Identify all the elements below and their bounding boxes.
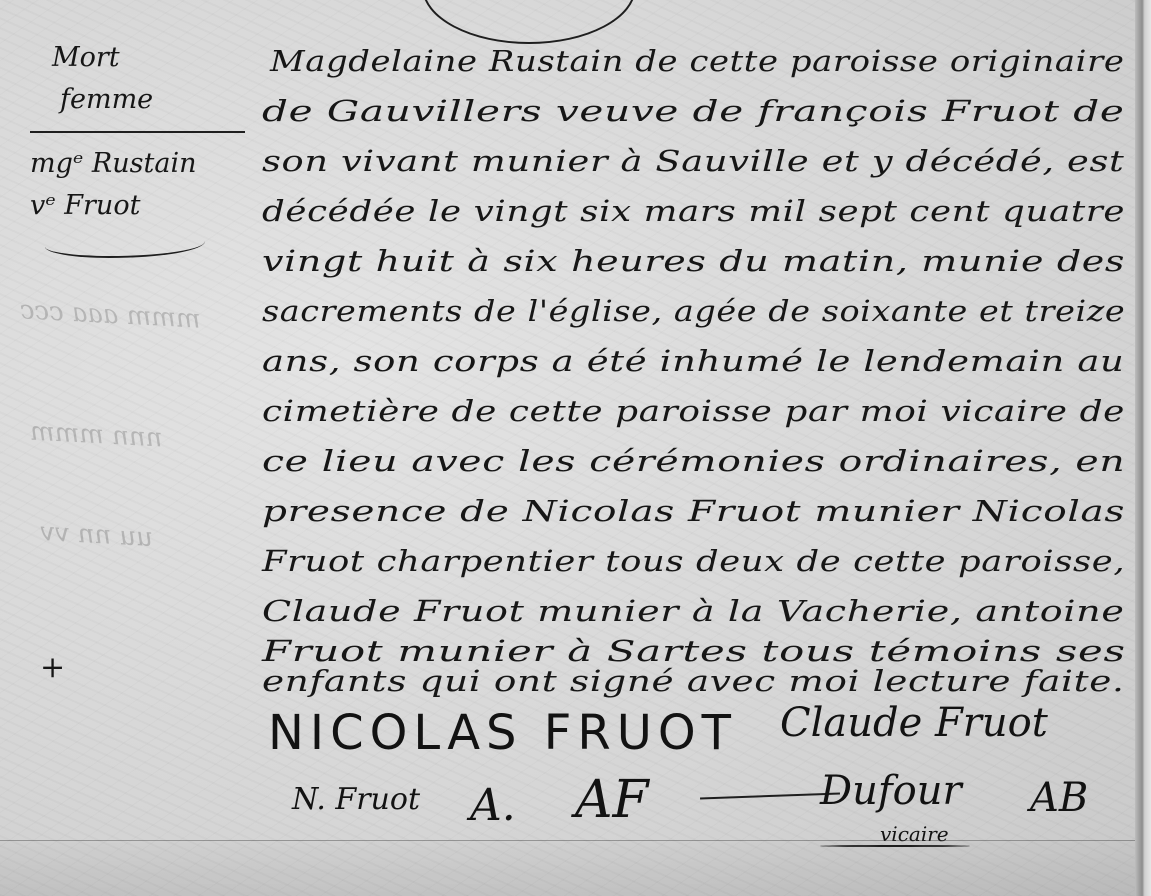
body-line-4: décédée le vingt six mars mil sept cent … [262, 194, 1125, 228]
margin-title-mort: Mort [52, 42, 120, 73]
signature-n-fruot: N. Fruot [292, 782, 420, 817]
signature-nicolas-fruot: NICOLAS FRUOT [268, 705, 737, 761]
bleed-through-text: mmm aaa ccc [19, 295, 201, 334]
register-page: mmm aaa ccc nnn mmm uu nn vv Mort femme … [0, 0, 1151, 896]
margin-flourish [45, 230, 205, 258]
bleed-through-text: uu nn vv [39, 517, 153, 553]
signature-mark-a: A. [470, 780, 516, 831]
body-line-10: presence de Nicolas Fruot munier Nicolas [262, 494, 1125, 528]
bleed-through-text: nnn mmm [29, 417, 163, 454]
margin-name: mgᵉ Rustain [30, 148, 196, 179]
signature-claude-fruot: Claude Fruot [780, 700, 1048, 746]
signature-initials: AB [1030, 775, 1088, 821]
body-line-1: Magdelaine Rustain de cette paroisse ori… [270, 44, 1124, 78]
signature-dufour: Dufour [820, 768, 962, 814]
body-line-14: enfants qui ont signé avec moi lecture f… [262, 664, 1125, 698]
margin-divider [30, 131, 245, 133]
body-line-3: son vivant munier à Sauville et y décédé… [262, 144, 1124, 178]
body-line-2: de Gauvillers veuve de françois Fruot de [262, 94, 1125, 128]
body-line-13: Fruot munier à Sartes tous témoins ses [262, 634, 1126, 668]
book-binding [1135, 0, 1151, 896]
paper-damage [0, 840, 1151, 896]
body-line-8: cimetière de cette paroisse par moi vica… [262, 394, 1125, 428]
bottom-left-mark: + [40, 650, 65, 685]
margin-title-femme: femme [60, 84, 153, 115]
body-line-11: Fruot charpentier tous deux de cette par… [262, 544, 1125, 578]
signature-flourish-line [700, 793, 840, 800]
body-line-9: ce lieu avec les cérémonies ordinaires, … [262, 444, 1125, 478]
body-line-7: ans, son corps a été inhumé le lendemain… [262, 344, 1124, 378]
body-line-6: sacrements de l'église, agée de soixante… [262, 294, 1125, 328]
body-line-12: Claude Fruot munier à la Vacherie, antoi… [262, 594, 1125, 628]
signature-mark-af: AF [575, 770, 649, 830]
margin-widow-of: vᵉ Fruot [30, 190, 140, 221]
seal-arc [422, 0, 636, 44]
body-line-5: vingt huit à six heures du matin, munie … [262, 244, 1125, 278]
